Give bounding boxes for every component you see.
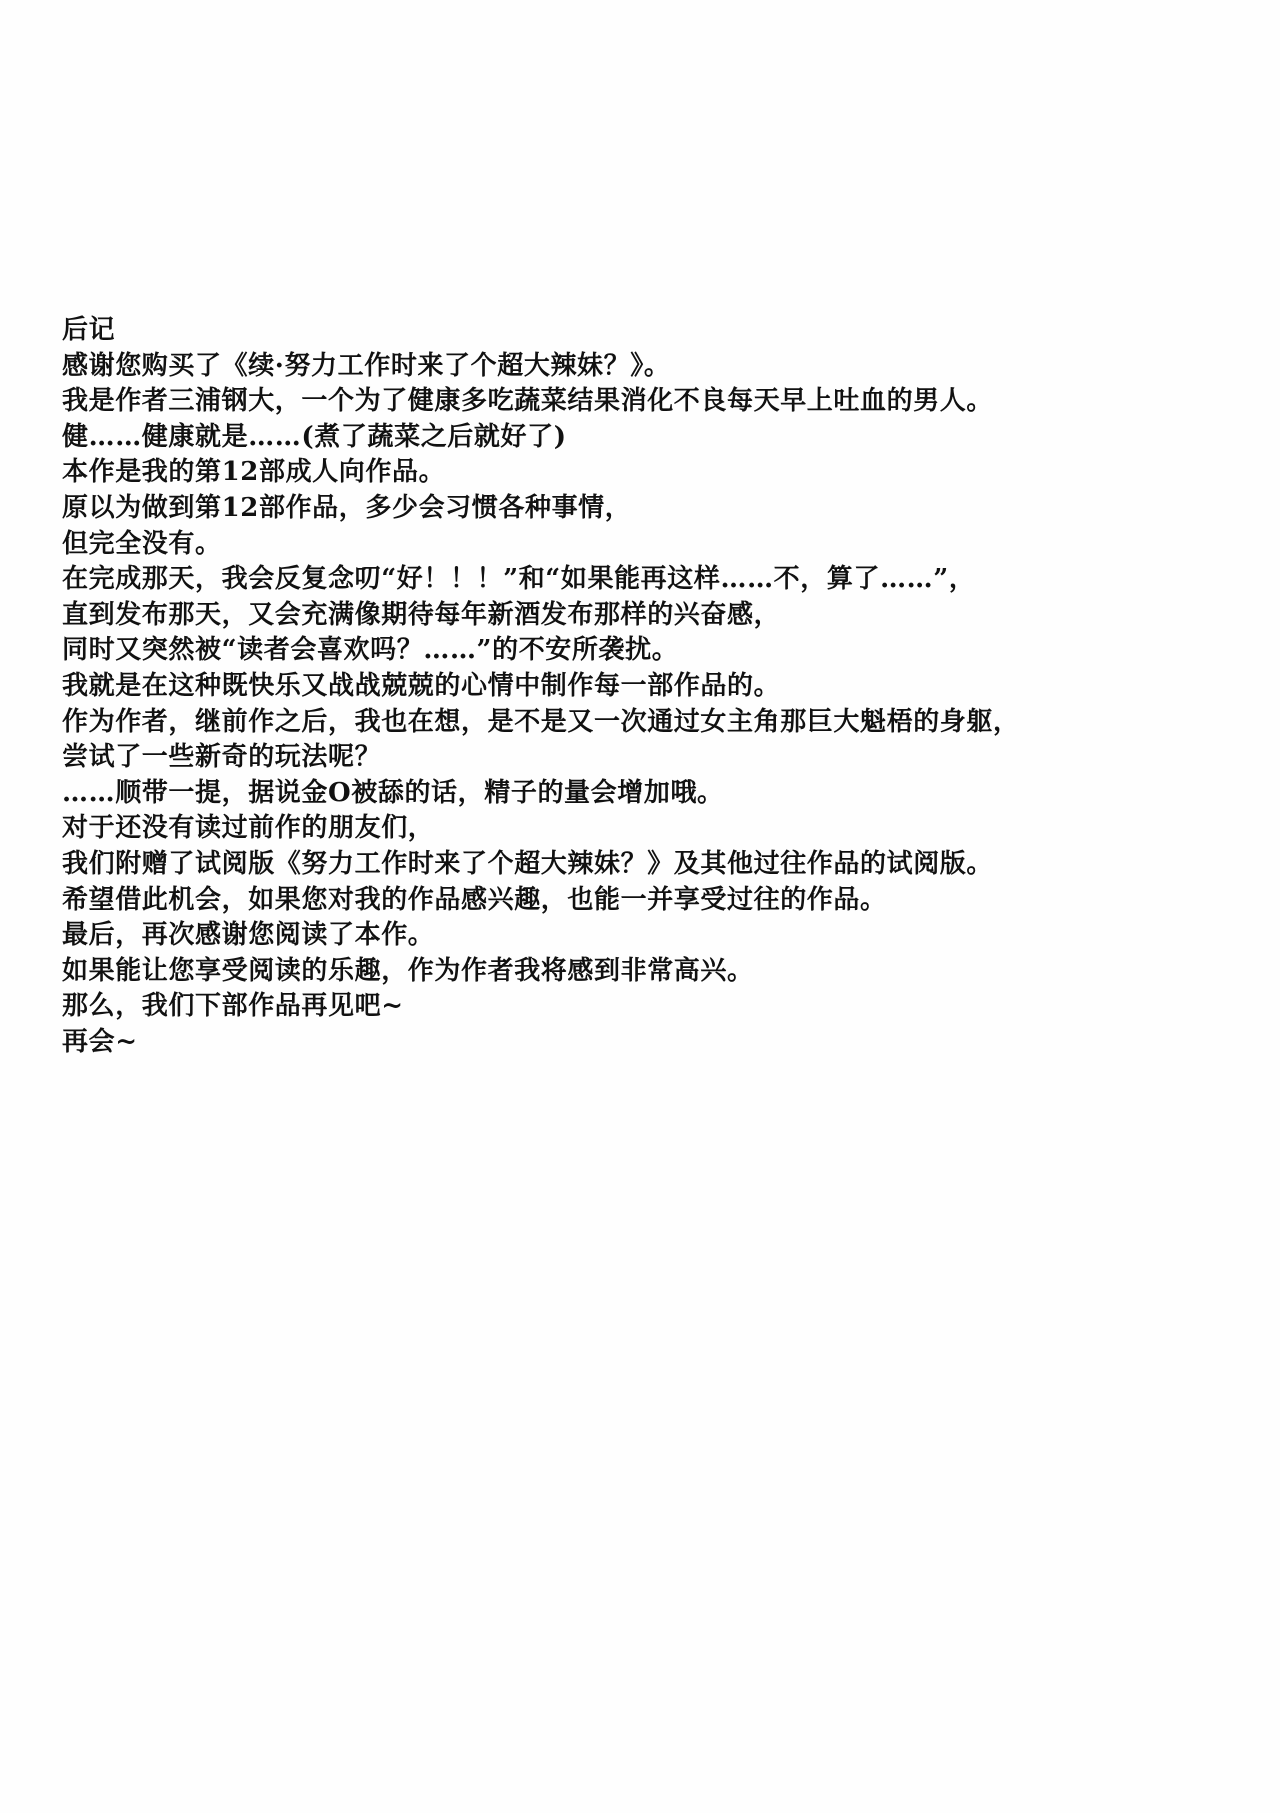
text-line: 感谢您购买了《续·努力工作时来了个超大辣妹？》。	[62, 349, 1222, 385]
document-page: 后记 感谢您购买了《续·努力工作时来了个超大辣妹？》。 我是作者三浦钢大，一个为…	[0, 0, 1280, 1813]
text-line: 那么，我们下部作品再见吧~	[62, 989, 1222, 1025]
text-line: 再会~	[62, 1025, 1222, 1061]
text-line: 在完成那天，我会反复念叨“好！！！”和“如果能再这样……不，算了……”，	[62, 562, 1222, 598]
text-line: 作为作者，继前作之后，我也在想，是不是又一次通过女主角那巨大魁梧的身躯，	[62, 705, 1222, 741]
text-line: 原以为做到第12部作品，多少会习惯各种事情，	[62, 491, 1222, 527]
text-line: 我们附赠了试阅版《努力工作时来了个超大辣妹？》及其他过往作品的试阅版。	[62, 847, 1222, 883]
afterword-title: 后记	[62, 313, 1222, 349]
text-line: 最后，再次感谢您阅读了本作。	[62, 918, 1222, 954]
text-line: 但完全没有。	[62, 527, 1222, 563]
text-line: 我就是在这种既快乐又战战兢兢的心情中制作每一部作品的。	[62, 669, 1222, 705]
text-line: 我是作者三浦钢大，一个为了健康多吃蔬菜结果消化不良每天早上吐血的男人。	[62, 384, 1222, 420]
afterword-text-block: 后记 感谢您购买了《续·努力工作时来了个超大辣妹？》。 我是作者三浦钢大，一个为…	[62, 313, 1222, 1060]
text-line: 健……健康就是……(煮了蔬菜之后就好了)	[62, 420, 1222, 456]
text-line: 尝试了一些新奇的玩法呢？	[62, 740, 1222, 776]
text-line: 希望借此机会，如果您对我的作品感兴趣，也能一并享受过往的作品。	[62, 883, 1222, 919]
text-line: 如果能让您享受阅读的乐趣，作为作者我将感到非常高兴。	[62, 954, 1222, 990]
text-line: 对于还没有读过前作的朋友们，	[62, 811, 1222, 847]
text-line: 直到发布那天，又会充满像期待每年新酒发布那样的兴奋感，	[62, 598, 1222, 634]
text-line: 本作是我的第12部成人向作品。	[62, 455, 1222, 491]
text-line: 同时又突然被“读者会喜欢吗？……”的不安所袭扰。	[62, 633, 1222, 669]
text-line: ……顺带一提，据说金O被舔的话，精子的量会增加哦。	[62, 776, 1222, 812]
